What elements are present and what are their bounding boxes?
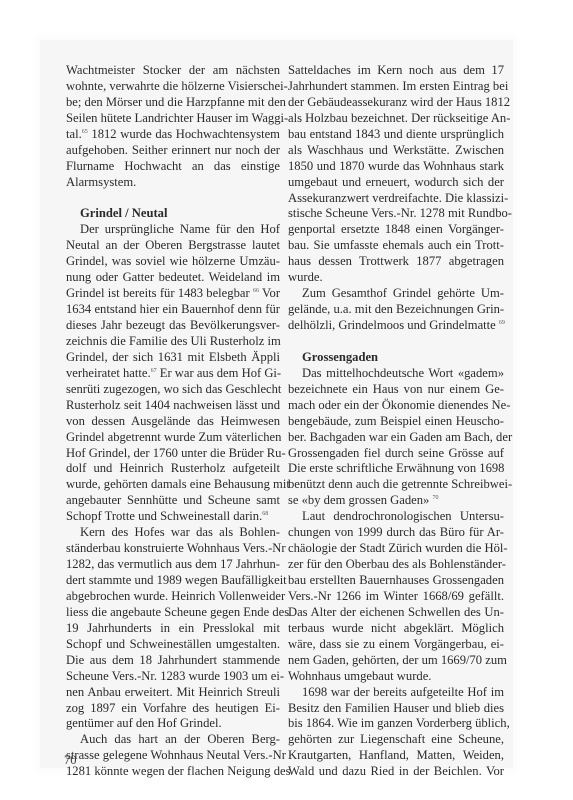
footnote-ref: 67 (151, 368, 157, 374)
text-line: Krautgarten, Hanfland, Matten, Weiden, (288, 748, 504, 764)
text-line: wäre, dass sie zu einem Vorgängerbau, ei… (288, 637, 504, 653)
text-line: Grindel abgetrennt wurde Zum väterlichen (66, 430, 280, 446)
text-line: be; den Mörser und die Harzpfanne mit de… (66, 95, 280, 111)
text-line: Auch das hart an der Oberen Berg- (66, 732, 280, 748)
text-line: Satteldaches im Kern noch aus dem 17 (288, 63, 504, 79)
text-line: 1281 könnte wegen der flachen Neigung de… (66, 764, 280, 780)
text-line: verheiratet hatte.67 Er war aus dem Hof … (66, 366, 280, 382)
text-line: bis 1864. Wie im ganzen Vorderberg üblic… (288, 716, 504, 732)
section-heading-grossengaden: Grossengaden (288, 350, 504, 366)
text-line: haus dessen Trottwerk 1877 abgetragen (288, 254, 504, 270)
text-line: bau. Sie umfasste ehemals auch ein Trott… (288, 238, 504, 254)
text-line: dieses Jahr bezeugt das Bevölkerungsver- (66, 318, 280, 334)
text-line: bengebäude, zum Beispiel einen Heuscho- (288, 414, 504, 430)
right-column: Satteldaches im Kern noch aus dem 17 Jah… (288, 63, 504, 780)
text-fragment: 1812 wurde das Hochwachtensystem (91, 127, 280, 141)
text-line: zeichnis die Familie des Uli Rusterholz … (66, 334, 280, 350)
text-line: benützt denn auch die getrennte Schreibw… (288, 477, 504, 493)
text-line: der Gebäudeassekuranz wird der Haus 1812 (288, 95, 504, 111)
text-line: Neutal an der Oberen Bergstrasse lautet (66, 238, 280, 254)
text-line: Grindel, was soviel wie hölzerne Umzäu- (66, 254, 280, 270)
text-line: Assekuranzwert verdreifachte. Die klassi… (288, 191, 504, 207)
text-fragment: verheiratet hatte. (66, 366, 151, 380)
footnote-ref: 65 (82, 129, 88, 135)
text-line: zer für den Oberbau des als Bohlenstände… (288, 557, 504, 573)
text-line: Grindel ist bereits für 1483 belegbar 66… (66, 286, 280, 302)
text-line: delhölzli, Grindelmoos und Grindelmatte … (288, 318, 504, 334)
text-line: als Holzbau bezeichnet. Der rückseitige … (288, 111, 504, 127)
footnote-ref: 66 (253, 288, 259, 294)
spacer (66, 191, 280, 207)
text-line: gehörten zur Liegenschaft eine Scheune, (288, 732, 504, 748)
text-line: Wohnhaus umgebaut wurde. (288, 669, 504, 685)
text-fragment: delhölzli, Grindelmoos und Grindelmatte (288, 318, 496, 332)
footnote-ref: 68 (262, 511, 268, 517)
text-line: Wald und dazu Ried in der Beichlen. Vor (288, 764, 504, 780)
text-line: wohnte, verwahrte die hölzerne Visiersch… (66, 79, 280, 95)
text-line: 1282, das vermutlich aus dem 17 Jahrhun- (66, 557, 280, 573)
footnote-ref: 70 (432, 495, 438, 501)
text-fragment: Er war aus dem Hof Gi- (160, 366, 281, 380)
text-line: dert stammte und 1989 wegen Baufälligkei… (66, 573, 280, 589)
text-line: zog 1897 ein Vorfahre des heutigen Ei- (66, 701, 280, 717)
text-line: Grossengaden fiel durch seine Grösse auf (288, 446, 504, 462)
text-line: Rusterholz seit 1404 nachweisen lässt un… (66, 398, 280, 414)
page-number: 70 (64, 753, 77, 768)
text-line: Die erste schriftliche Erwähnung von 169… (288, 461, 504, 477)
text-line: Die aus dem 18 Jahrhundert stammende (66, 653, 280, 669)
text-fragment: se «by dem grossen Gaden» (288, 493, 429, 507)
text-line: Besitz den Familien Hauser und blieb die… (288, 701, 504, 717)
text-line: von dessen Ausgelände das Heimwesen (66, 414, 280, 430)
section-heading-grindel-neutal: Grindel / Neutal (66, 206, 280, 222)
text-line: Das mittelhochdeutsche Wort «gadem» (288, 366, 504, 382)
text-line: Laut dendrochronologischen Untersu- (288, 509, 504, 525)
text-line: Jahrhundert stammen. Im ersten Eintrag b… (288, 79, 504, 95)
text-line: stische Scheune Vers.-Nr. 1278 mit Rundb… (288, 206, 504, 222)
text-line: Der ursprüngliche Name für den Hof (66, 222, 280, 238)
text-line: aufgehoben. Seither erinnert nur noch de… (66, 143, 280, 159)
text-fragment: Grindel ist bereits für 1483 belegbar (66, 286, 250, 300)
text-line: dolf und Heinrich Rusterholz aufgeteilt (66, 461, 280, 477)
text-line: chäologie der Stadt Zürich wurden die Hö… (288, 541, 504, 557)
text-line: nem Gaden, gehörten, der um 1669/70 zum (288, 653, 504, 669)
text-line: Hof Grindel, der 1760 unter die Brüder R… (66, 446, 280, 462)
text-fragment: tal. (66, 127, 82, 141)
text-line: Scheune Vers.-Nr. 1283 wurde 1903 um ei- (66, 669, 280, 685)
text-line: genportal ersetzte 1848 einen Vorgänger- (288, 222, 504, 238)
text-line: gelände, u.a. mit den Bezeichnungen Grin… (288, 302, 504, 318)
left-column: Wachtmeister Stocker der am nächsten woh… (66, 63, 280, 780)
text-line: Flurname Hochwacht an das einstige (66, 159, 280, 175)
text-line: strasse gelegene Wohnhaus Neutal Vers.-N… (66, 748, 280, 764)
text-line: wurde. (288, 270, 504, 286)
text-line: nung oder Gatter bedeutet. Weideland im (66, 270, 280, 286)
text-line: 1698 war der bereits aufgeteilte Hof im (288, 685, 504, 701)
text-line: als Waschhaus und Werkstätte. Zwischen (288, 143, 504, 159)
text-line: umgebaut und erneuert, wodurch sich der (288, 175, 504, 191)
text-line: se «by dem grossen Gaden» 70 (288, 493, 504, 509)
text-line: senrüti zugezogen, wo sich das Geschlech… (66, 382, 280, 398)
text-line: Grindel, der sich 1631 mit Elsbeth Äppli (66, 350, 280, 366)
text-line: Vers.-Nr 1266 im Winter 1668/69 gefällt. (288, 589, 504, 605)
text-line: chungen von 1999 durch das Büro für Ar- (288, 525, 504, 541)
text-line: angebauter Sennhütte und Scheune samt (66, 493, 280, 509)
text-line: Das Alter der eichenen Schwellen des Un- (288, 605, 504, 621)
text-line: 1634 entstand hier ein Bauernhof denn fü… (66, 302, 280, 318)
text-line: mach oder ein der Ökonomie dienendes Ne- (288, 398, 504, 414)
spacer (288, 334, 504, 350)
footnote-ref: 69 (499, 320, 505, 326)
text-line: bau erstellten Bauernhauses Grossengaden (288, 573, 504, 589)
text-line: bezeichnete ein Haus von nur einem Ge- (288, 382, 504, 398)
text-line: ber. Bachgaden war ein Gaden am Bach, de… (288, 430, 504, 446)
text-line: liess die angebaute Scheune gegen Ende d… (66, 605, 280, 621)
text-line: bau entstand 1843 und diente ursprünglic… (288, 127, 504, 143)
text-fragment: Vor (262, 286, 280, 300)
text-line: tal.65 1812 wurde das Hochwachtensystem (66, 127, 280, 143)
text-line: abgebrochen wurde. Heinrich Vollenweider (66, 589, 280, 605)
text-line: Schopf und Schweineställen umgestalten. (66, 637, 280, 653)
text-line: ständerbau konstruierte Wohnhaus Vers.-N… (66, 541, 280, 557)
text-line: wurde, gehörten damals eine Behausung mi… (66, 477, 280, 493)
text-line: Kern des Hofes war das als Bohlen- (66, 525, 280, 541)
text-line: Schopf Trotte und Schweinestall darin.68 (66, 509, 280, 525)
text-line: nen Anbau erweitert. Mit Heinrich Streul… (66, 685, 280, 701)
text-line: Zum Gesamthof Grindel gehörte Um- (288, 286, 504, 302)
text-line: Wachtmeister Stocker der am nächsten (66, 63, 280, 79)
text-line: 1850 und 1870 wurde das Wohnhaus stark (288, 159, 504, 175)
text-line: terbaus wurde nicht abgeklärt. Möglich (288, 621, 504, 637)
text-line: Alarmsystem. (66, 175, 280, 191)
text-fragment: Schopf Trotte und Schweinestall darin. (66, 509, 262, 523)
text-line: Seilen hütete Landrichter Hauser im Wagg… (66, 111, 280, 127)
text-line: gentümer auf den Hof Grindel. (66, 716, 280, 732)
text-line: 19 Jahrhunderts in ein Presslokal mit (66, 621, 280, 637)
